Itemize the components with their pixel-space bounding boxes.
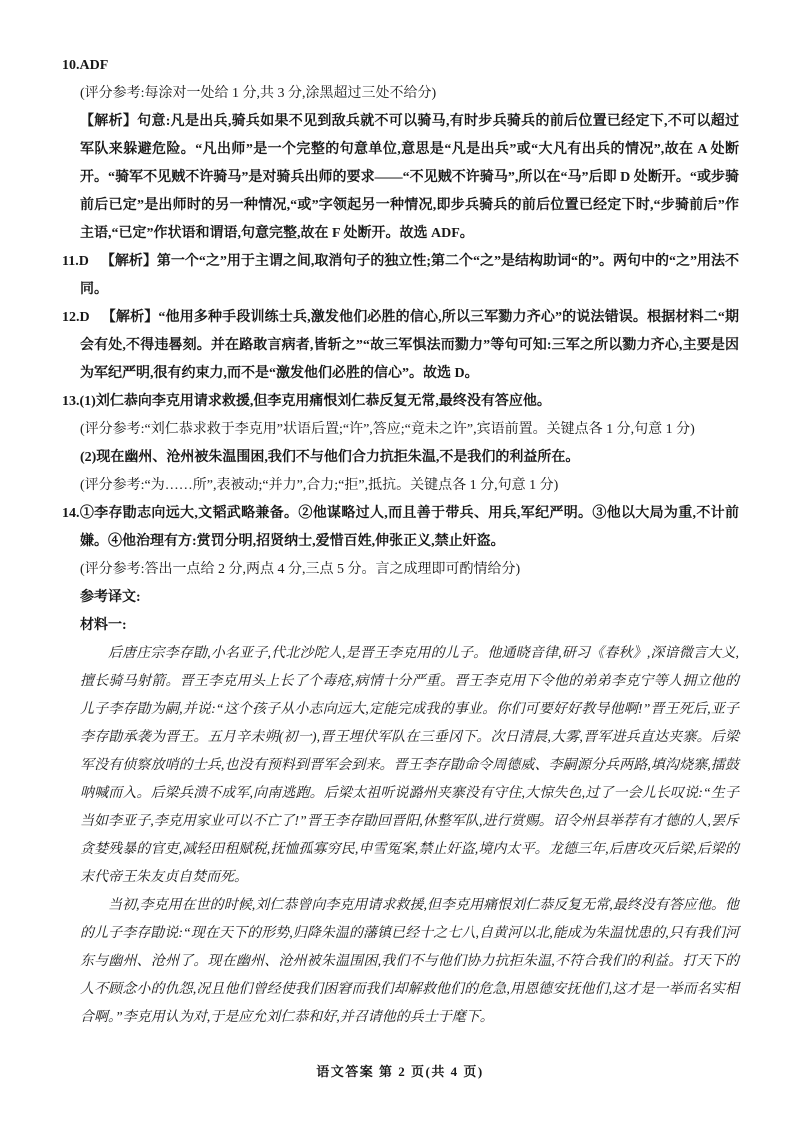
scoring-note-14: (评分参考:答出一点给 2 分,两点 4 分,三点 5 分。言之成理即可酌情给分… xyxy=(80,556,739,584)
footer-page-label: 语文答案 第 2 页(共 4 页) xyxy=(316,1064,483,1079)
analysis-text-12: “他用多种手段训练士兵,激发他们必胜的信心,所以三军勠力齐心”的说法错误。根据材… xyxy=(80,310,739,381)
material-1-heading: 材料一: xyxy=(80,612,739,640)
answer-11: 11.D【解析】第一个“之”用于主谓之间,取消句子的独立性;第二个“之”是结构助… xyxy=(80,248,739,304)
answer-13-part1: 13.(1)刘仁恭向李克用请求救援,但李克用痛恨刘仁恭反复无常,最终没有答应他。 xyxy=(80,388,739,416)
answer-13-part2: (2)现在幽州、沧州被朱温围困,我们不与他们合力抗拒朱温,不是我们的利益所在。 xyxy=(80,444,739,472)
translation-paragraph-1: 后唐庄宗李存勖,小名亚子,代北沙陀人,是晋王李克用的儿子。他通晓音律,研习《春秋… xyxy=(80,640,739,892)
answer-12-number: 12.D xyxy=(62,310,90,325)
page-footer: 语文答案 第 2 页(共 4 页) xyxy=(0,1061,800,1080)
answer-11-number: 11.D xyxy=(62,254,89,269)
translation-paragraph-2: 当初,李克用在世的时候,刘仁恭曾向李克用请求救援,但李克用痛恨刘仁恭反复无常,最… xyxy=(80,892,739,1032)
analysis-label-12: 【解析】 xyxy=(102,310,159,325)
answers-content: 10.ADF (评分参考:每涂对一处给 1 分,共 3 分,涂黑超过三处不给分)… xyxy=(0,52,800,1032)
scoring-note-13-part1: (评分参考:“刘仁恭求救于李克用”状语后置;“许”,答应;“竟未之许”,宾语前置… xyxy=(80,416,739,444)
answer-10: 10.ADF xyxy=(80,52,739,80)
analysis-label-11: 【解析】 xyxy=(101,254,157,269)
answer-14: 14.①李存勖志向远大,文韬武略兼备。②他谋略过人,而且善于带兵、用兵,军纪严明… xyxy=(80,500,739,556)
analysis-text-11: 第一个“之”用于主谓之间,取消句子的独立性;第二个“之”是结构助词“的”。两句中… xyxy=(80,254,739,297)
scoring-note-13-part2: (评分参考:“为……所”,表被动;“并力”,合力;“拒”,抵抗。关键点各 1 分… xyxy=(80,472,739,500)
reference-translation-heading: 参考译文: xyxy=(80,584,739,612)
analysis-label-10: 【解析】 xyxy=(80,114,137,129)
analysis-text-10: 句意:凡是出兵,骑兵如果不见到敌兵就不可以骑马,有时步兵骑兵的前后位置已经定下,… xyxy=(80,114,739,241)
answer-12: 12.D【解析】“他用多种手段训练士兵,激发他们必胜的信心,所以三军勠力齐心”的… xyxy=(80,304,739,388)
scoring-note-10: (评分参考:每涂对一处给 1 分,共 3 分,涂黑超过三处不给分) xyxy=(80,80,739,108)
answer-sheet-page: 10.ADF (评分参考:每涂对一处给 1 分,共 3 分,涂黑超过三处不给分)… xyxy=(0,0,800,1122)
analysis-10: 【解析】句意:凡是出兵,骑兵如果不见到敌兵就不可以骑马,有时步兵骑兵的前后位置已… xyxy=(80,108,739,248)
